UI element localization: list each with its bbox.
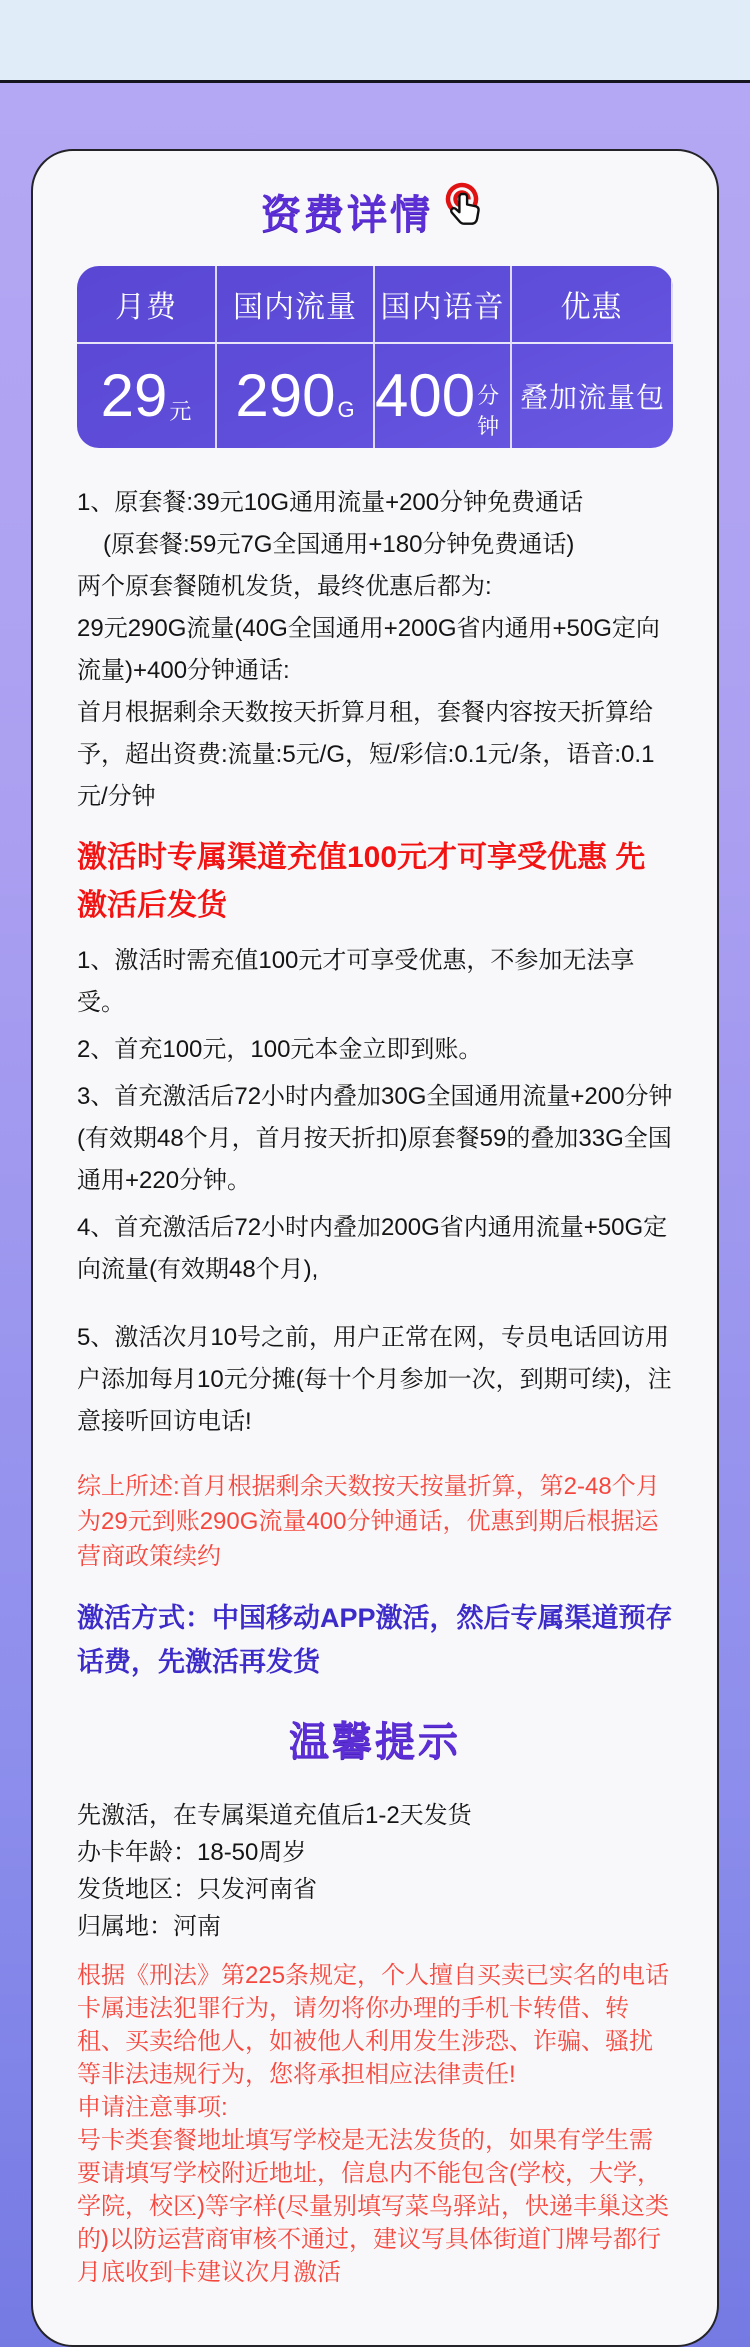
table-value-monthly-fee: 29 元 xyxy=(77,344,217,448)
tip-line: 发货地区：只发河南省 xyxy=(77,1871,673,1908)
legal-paragraph: 申请注意事项: xyxy=(77,2091,673,2124)
intro-line: (原套餐:59元7G全国通用+180分钟免费通话) xyxy=(77,524,673,566)
legal-paragraph: 根据《刑法》第225条规定，个人擅自买卖已实名的电话卡属违法犯罪行为，请勿将你办… xyxy=(77,1959,673,2091)
data-value: 290 xyxy=(235,366,335,426)
activation-method: 激活方式：中国移动APP激活，然后专属渠道预存话费，先激活再发货 xyxy=(77,1596,673,1684)
tips-lines: 先激活，在专属渠道充值后1-2天发货 办卡年龄：18-50周岁 发货地区：只发河… xyxy=(77,1797,673,1945)
intro-line: 首月根据剩余天数按天折算月租，套餐内容按天折算给予，超出资费:流量:5元/G，短… xyxy=(77,692,673,818)
monthly-fee-value: 29 xyxy=(101,366,168,426)
page-title: 资费详情 xyxy=(261,183,433,240)
rule-item: 4、首充激活后72小时内叠加200G省内通用流量+50G定向流量(有效期48个月… xyxy=(77,1207,673,1291)
rule-item: 3、首充激活后72小时内叠加30G全国通用流量+200分钟(有效期48个月，首月… xyxy=(77,1076,673,1202)
intro-line: 1、原套餐:39元10G通用流量+200分钟免费通话 xyxy=(77,482,673,524)
monthly-fee-unit: 元 xyxy=(169,395,191,426)
title-row: 资费详情 xyxy=(77,183,673,240)
voice-value: 400 xyxy=(375,366,475,426)
intro-paragraphs: 1、原套餐:39元10G通用流量+200分钟免费通话 (原套餐:59元7G全国通… xyxy=(77,482,673,818)
activation-notice: 激活时专属渠道充值100元才可享受优惠 先激活后发货 xyxy=(77,834,673,930)
tips-title-row: 温馨提示 xyxy=(77,1710,673,1767)
table-value-discount: 叠加流量包 xyxy=(512,344,673,448)
table-value-voice: 400 分钟 xyxy=(375,344,512,448)
intro-line: 两个原套餐随机发货，最终优惠后都为: xyxy=(77,566,673,608)
top-band xyxy=(0,0,750,83)
promo-page: 资费详情 月费 国内流量 国内语音 优惠 29 元 290 G 400 分钟 xyxy=(0,0,750,2347)
table-header-voice: 国内语音 xyxy=(375,266,512,344)
tips-title: 温馨提示 xyxy=(289,1720,461,1764)
discount-value: 叠加流量包 xyxy=(520,376,665,416)
activation-rules: 1、激活时需充值100元才可享受优惠，不参加无法享受。 2、首充100元，100… xyxy=(77,940,673,1443)
tip-line: 办卡年龄：18-50周岁 xyxy=(77,1834,673,1871)
table-header-data: 国内流量 xyxy=(217,266,375,344)
intro-line: 29元290G流量(40G全国通用+200G省内通用+50G定向流量)+400分… xyxy=(77,608,673,692)
legal-paragraph: 号卡类套餐地址填写学校是无法发货的，如果有学生需要请填写学校附近地址，信息内不能… xyxy=(77,2124,673,2289)
rule-item: 2、首充100元，100元本金立即到账。 xyxy=(77,1029,673,1071)
tariff-card: 资费详情 月费 国内流量 国内语音 优惠 29 元 290 G 400 分钟 xyxy=(31,149,719,2347)
tap-click-icon xyxy=(441,182,489,238)
voice-unit: 分钟 xyxy=(477,379,510,441)
table-value-data: 290 G xyxy=(217,344,375,448)
table-header-monthly-fee: 月费 xyxy=(77,266,217,344)
legal-notice: 根据《刑法》第225条规定，个人擅自买卖已实名的电话卡属违法犯罪行为，请勿将你办… xyxy=(77,1959,673,2289)
summary-note: 综上所述:首月根据剩余天数按天按量折算，第2-48个月为29元到账290G流量4… xyxy=(77,1469,673,1574)
data-unit: G xyxy=(338,397,355,423)
rule-item: 5、激活次月10号之前，用户正常在网，专员电话回访用户添加每月10元分摊(每十个… xyxy=(77,1317,673,1443)
tip-line: 归属地：河南 xyxy=(77,1908,673,1945)
plan-table: 月费 国内流量 国内语音 优惠 29 元 290 G 400 分钟 叠加流量包 xyxy=(77,266,673,448)
tip-line: 先激活，在专属渠道充值后1-2天发货 xyxy=(77,1797,673,1834)
table-header-discount: 优惠 xyxy=(512,266,673,344)
rule-item: 1、激活时需充值100元才可享受优惠，不参加无法享受。 xyxy=(77,940,673,1024)
